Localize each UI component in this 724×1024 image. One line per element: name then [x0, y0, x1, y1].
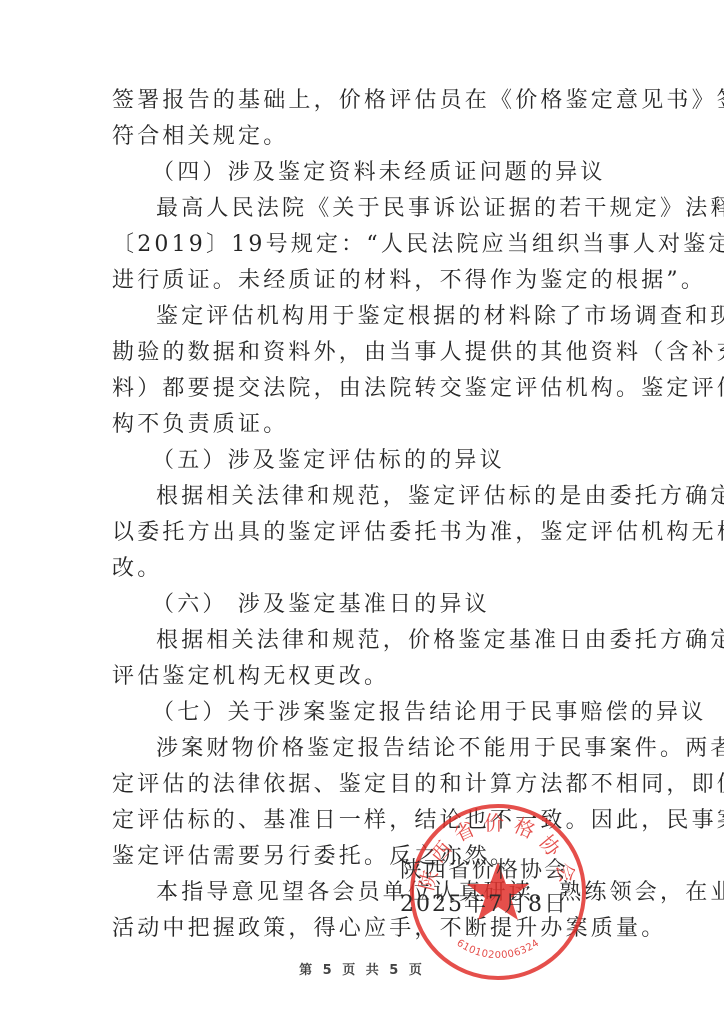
text-line: 料）都要提交法院，由法院转交鉴定评估机构。鉴定评估机 [112, 376, 612, 402]
section-heading: （四）涉及鉴定资料未经质证问题的异议 [152, 160, 652, 186]
svg-text:6101020006324: 6101020006324 [454, 938, 541, 961]
text-line: 符合相关规定。 [112, 124, 612, 150]
signature-organization: 陕西省价格协会 [400, 858, 568, 884]
document-page: 签署报告的基础上，价格评估员在《价格鉴定意见书》签字 符合相关规定。 （四）涉及… [0, 0, 724, 1024]
signature-date: 2025年7月8日 [400, 892, 568, 918]
page-footer: 第 5 页 共 5 页 [0, 959, 724, 978]
text-line: 以委托方出具的鉴定评估委托书为准，鉴定评估机构无权更 [112, 520, 612, 546]
text-line: 根据相关法律和规范，鉴定评估标的是由委托方确定， [156, 484, 656, 510]
text-line: 进行质证。未经质证的材料，不得作为鉴定的根据”。 [112, 268, 612, 294]
text-line: 构不负责质证。 [112, 412, 612, 438]
text-line: 签署报告的基础上，价格评估员在《价格鉴定意见书》签字 [112, 88, 612, 114]
stamp-serial: 6101020006324 [454, 938, 541, 961]
text-line: 根据相关法律和规范，价格鉴定基准日由委托方确定， [156, 628, 656, 654]
section-heading: （六） 涉及鉴定基准日的异议 [152, 592, 652, 618]
text-line: 最高人民法院《关于民事诉讼证据的若干规定》法释 [156, 196, 656, 222]
text-line: 改。 [112, 556, 612, 582]
text-line: 鉴定评估机构用于鉴定根据的材料除了市场调查和现场 [156, 304, 656, 330]
section-heading: （七）关于涉案鉴定报告结论用于民事赔偿的异议 [152, 700, 652, 726]
section-heading: （五）涉及鉴定评估标的的异议 [152, 448, 652, 474]
text-line: 定评估的法律依据、鉴定目的和计算方法都不相同，即使鉴 [112, 772, 612, 798]
text-line: 勘验的数据和资料外，由当事人提供的其他资料（含补充资 [112, 340, 612, 366]
text-line: 涉案财物价格鉴定报告结论不能用于民事案件。两者鉴 [156, 736, 656, 762]
text-line: 〔2019〕19号规定：“人民法院应当组织当事人对鉴定材料 [112, 232, 612, 258]
text-line: 评估鉴定机构无权更改。 [112, 664, 612, 690]
